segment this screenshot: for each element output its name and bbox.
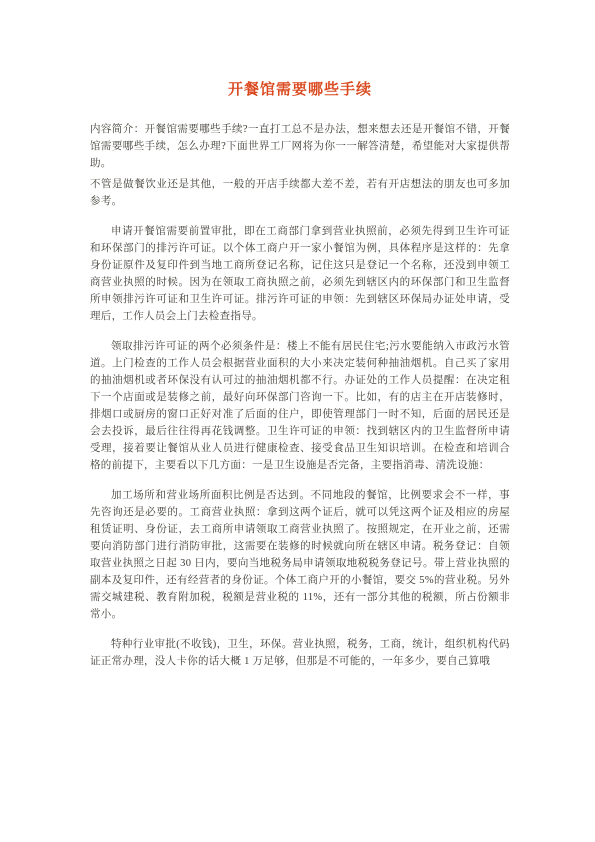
document-page: 开餐馆需要哪些手续 内容简介：开餐馆需要哪些手续?一直打工总不是办法，想来想去还…: [0, 0, 595, 842]
body-paragraph: 领取排污许可证的两个必须条件是：楼上不能有居民住宅;污水要能纳入市政污水管道。上…: [90, 338, 510, 474]
body-paragraph: 特种行业审批(不收钱)，卫生，环保。营业执照，税务，工商，统计，组织机构代码证正…: [90, 636, 510, 670]
document-body: 内容简介：开餐馆需要哪些手续?一直打工总不是办法，想来想去还是开餐馆不错，开餐馆…: [90, 121, 510, 670]
document-title: 开餐馆需要哪些手续: [90, 78, 510, 99]
document-content: 开餐馆需要哪些手续 内容简介：开餐馆需要哪些手续?一直打工总不是办法，想来想去还…: [0, 0, 595, 670]
body-paragraph: 加工场所和营业场所面积比例是否达到。不同地段的餐馆，比例要求会不一样，事先咨询还…: [90, 487, 510, 623]
body-paragraph: 内容简介：开餐馆需要哪些手续?一直打工总不是办法，想来想去还是开餐馆不错，开餐馆…: [90, 121, 510, 172]
body-paragraph: 申请开餐馆需要前置审批，即在工商部门拿到营业执照前，必须先得到卫生许可证和环保部…: [90, 223, 510, 325]
body-paragraph: 不管是做餐饮业还是其他，一般的开店手续都大差不差，若有开店想法的朋友也可多加参考…: [90, 176, 510, 210]
